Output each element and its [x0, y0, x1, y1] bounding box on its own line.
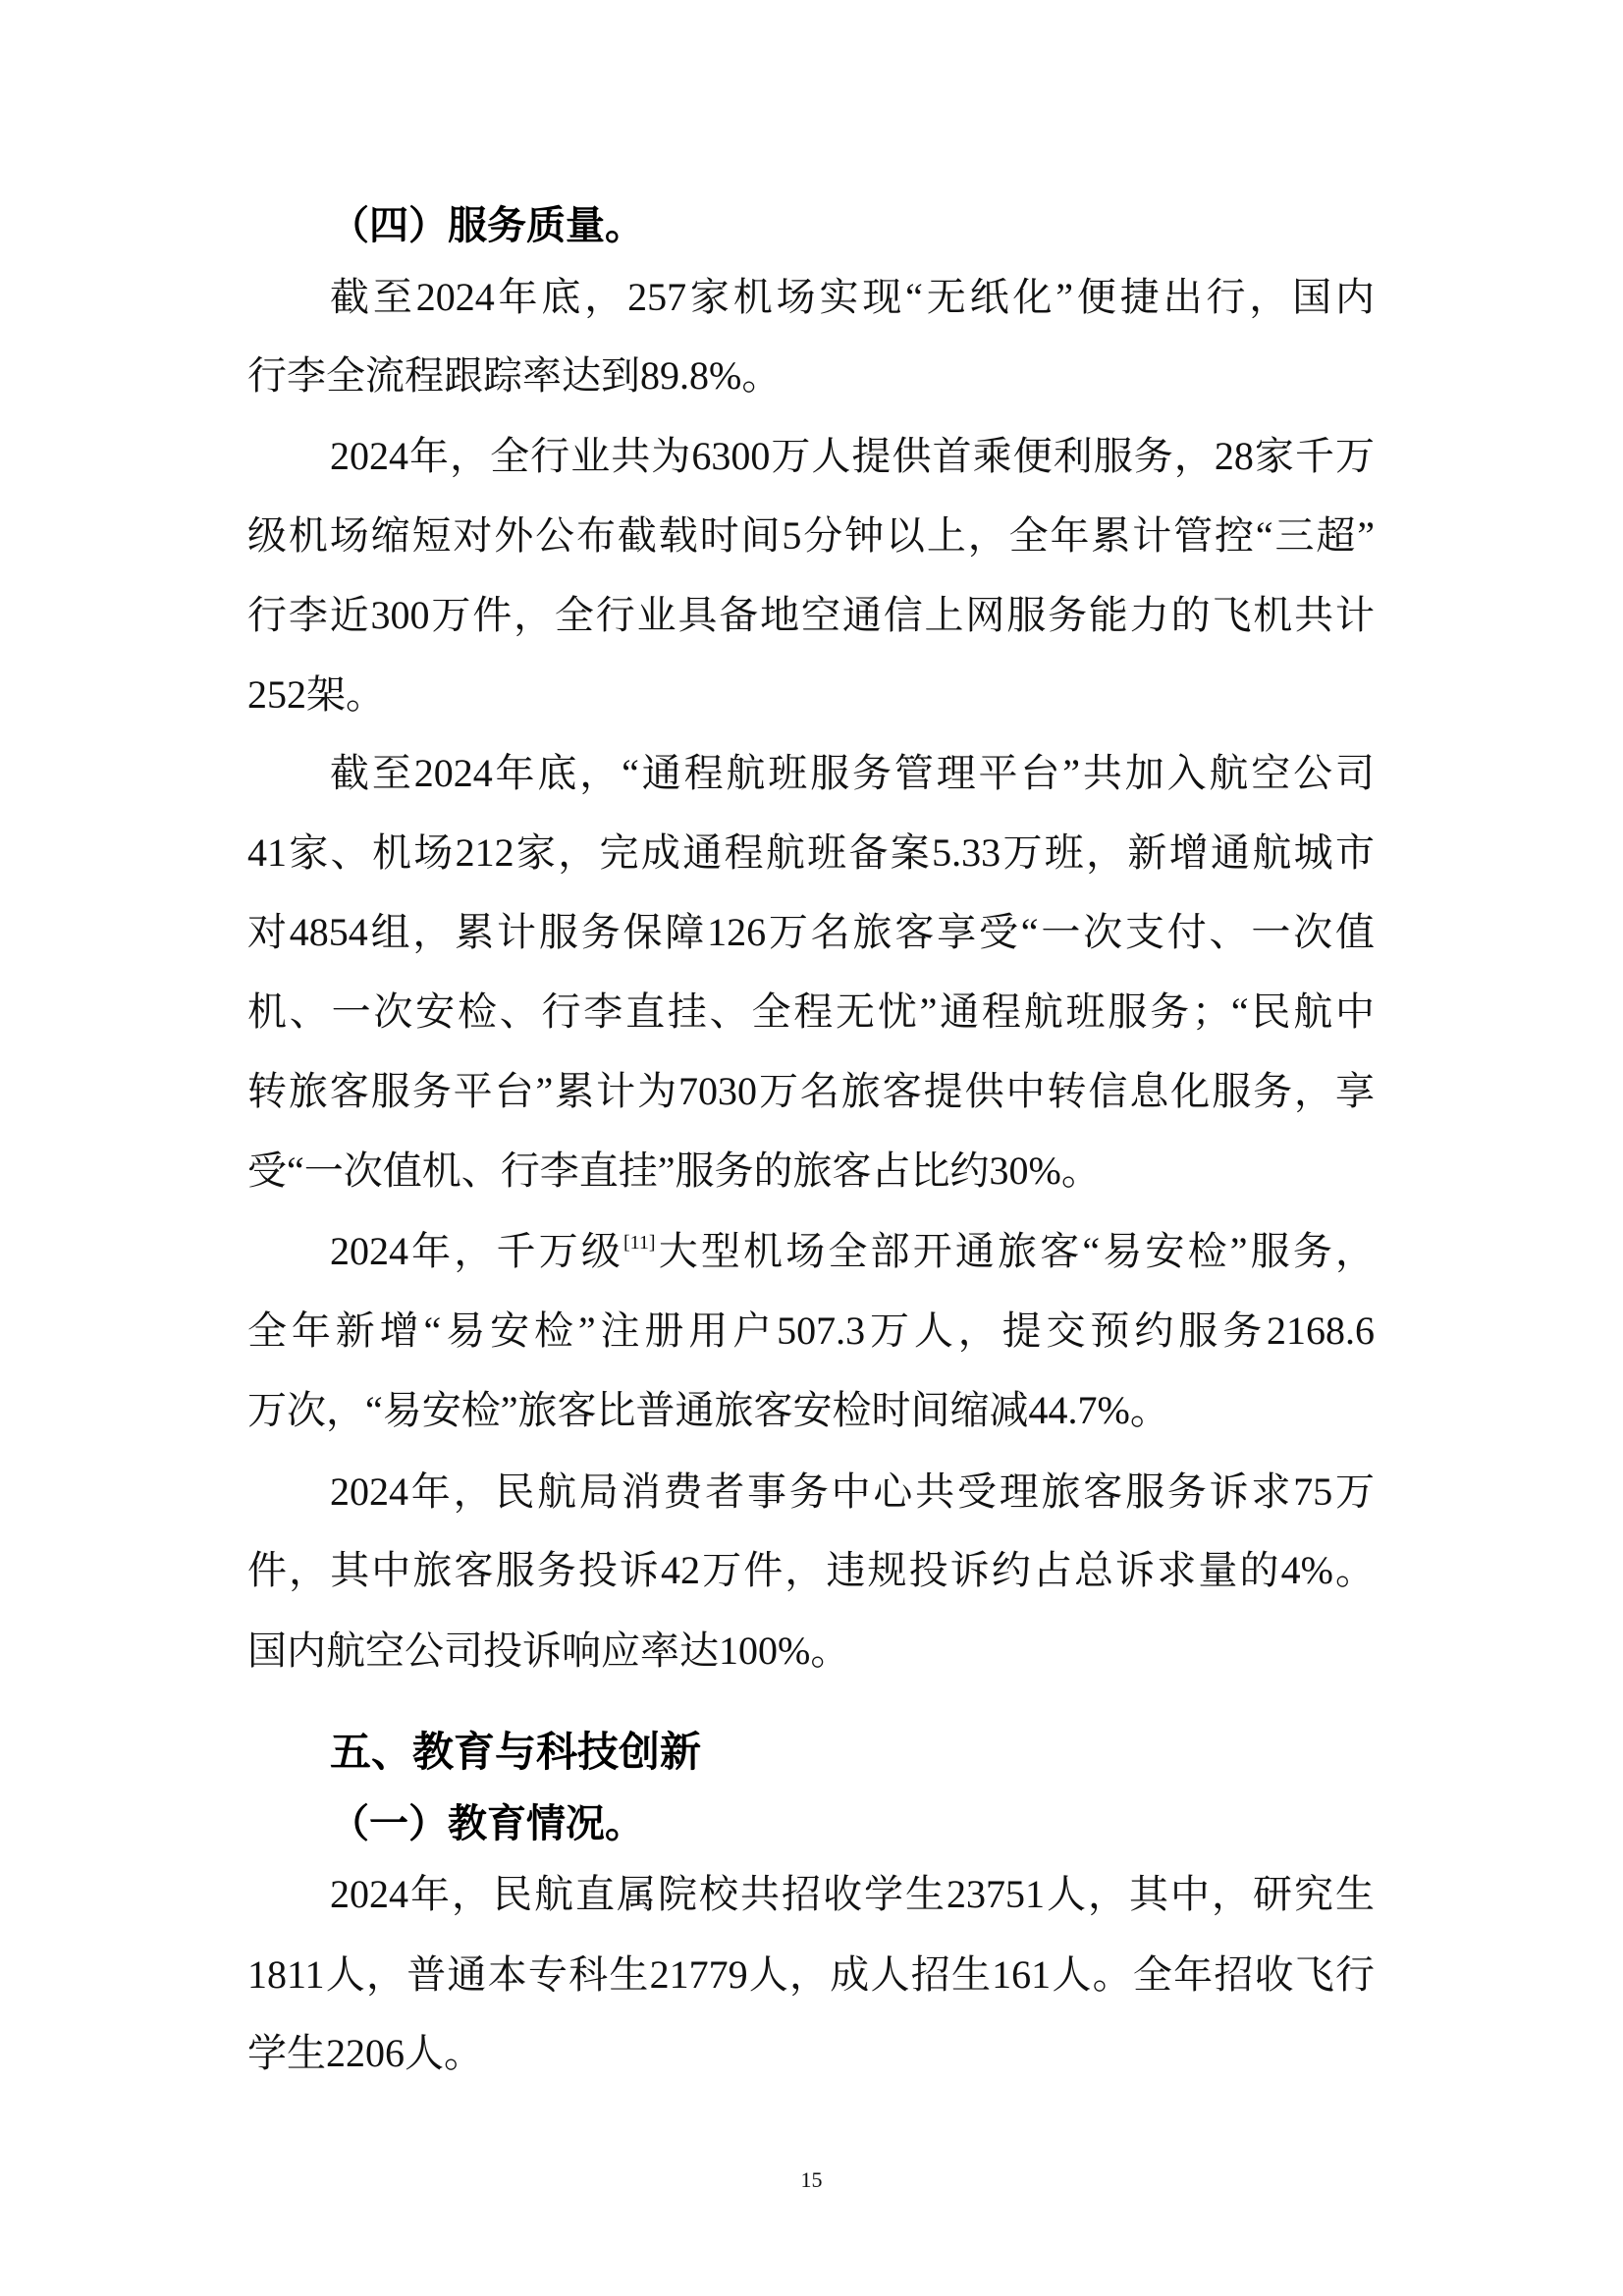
subsection-heading-service-quality: （四）服务质量。 [330, 201, 644, 250]
document-page: （四）服务质量。 截至2024年底，257家机场实现“无纸化”便捷出行，国内 行… [0, 0, 1623, 2296]
section-heading-education-tech: 五、教育与科技创新 [330, 1728, 701, 1777]
paragraph-line: 41家、机场212家，完成通程航班备案5.33万班，新增通航城市 [247, 828, 1375, 878]
line-segment: 大型机场全部开通旅客“易安检”服务， [656, 1229, 1375, 1273]
paragraph-line: 万次，“易安检”旅客比普通旅客安检时间缩减44.7%。 [247, 1386, 1375, 1435]
paragraph-line: 行李近300万件，全行业具备地空通信上网服务能力的飞机共计 [247, 591, 1375, 640]
paragraph-line: 国内航空公司投诉响应率达100%。 [247, 1627, 1375, 1676]
paragraph-line: 252架。 [247, 670, 1375, 720]
paragraph-line: 转旅客服务平台”累计为7030万名旅客提供中转信息化服务，享 [247, 1067, 1375, 1116]
paragraph-line: 1811人，普通本专科生21779人，成人招生161人。全年招收飞行 [247, 1950, 1375, 2000]
subsection-heading-education: （一）教育情况。 [330, 1799, 644, 1848]
paragraph-line: 级机场缩短对外公布截载时间5分钟以上，全年累计管控“三超” [247, 511, 1375, 561]
paragraph-line: 学生2206人。 [247, 2029, 1375, 2078]
paragraph-line: 行李全流程跟踪率达到89.8%。 [247, 351, 1375, 400]
paragraph-line: 全年新增“易安检”注册用户507.3万人，提交预约服务2168.6 [247, 1307, 1375, 1356]
paragraph-line: 2024年，全行业共为6300万人提供首乘便利服务，28家千万 [330, 432, 1375, 481]
paragraph-line: 机、一次安检、行李直挂、全程无忧”通程航班服务；“民航中 [247, 988, 1375, 1037]
paragraph-line: 对4854组，累计服务保障126万名旅客享受“一次支付、一次值 [247, 908, 1375, 957]
footnote-reference[interactable]: [11] [623, 1232, 656, 1254]
page-number: 15 [0, 2167, 1623, 2193]
paragraph-line: 截至2024年底，257家机场实现“无纸化”便捷出行，国内 [330, 273, 1375, 322]
paragraph-line: 2024年，民航局消费者事务中心共受理旅客服务诉求75万 [330, 1468, 1375, 1517]
paragraph-line: 截至2024年底，“通程航班服务管理平台”共加入航空公司 [330, 749, 1375, 798]
paragraph-line: 2024年，民航直属院校共招收学生23751人，其中，研究生 [330, 1870, 1375, 1919]
line-segment: 2024年，千万级 [330, 1229, 623, 1273]
paragraph-line: 受“一次值机、行李直挂”服务的旅客占比约30%。 [247, 1147, 1375, 1196]
paragraph-line: 2024年，千万级[11]大型机场全部开通旅客“易安检”服务， [330, 1227, 1375, 1276]
paragraph-line: 件，其中旅客服务投诉42万件，违规投诉约占总诉求量的4%。 [247, 1546, 1375, 1595]
